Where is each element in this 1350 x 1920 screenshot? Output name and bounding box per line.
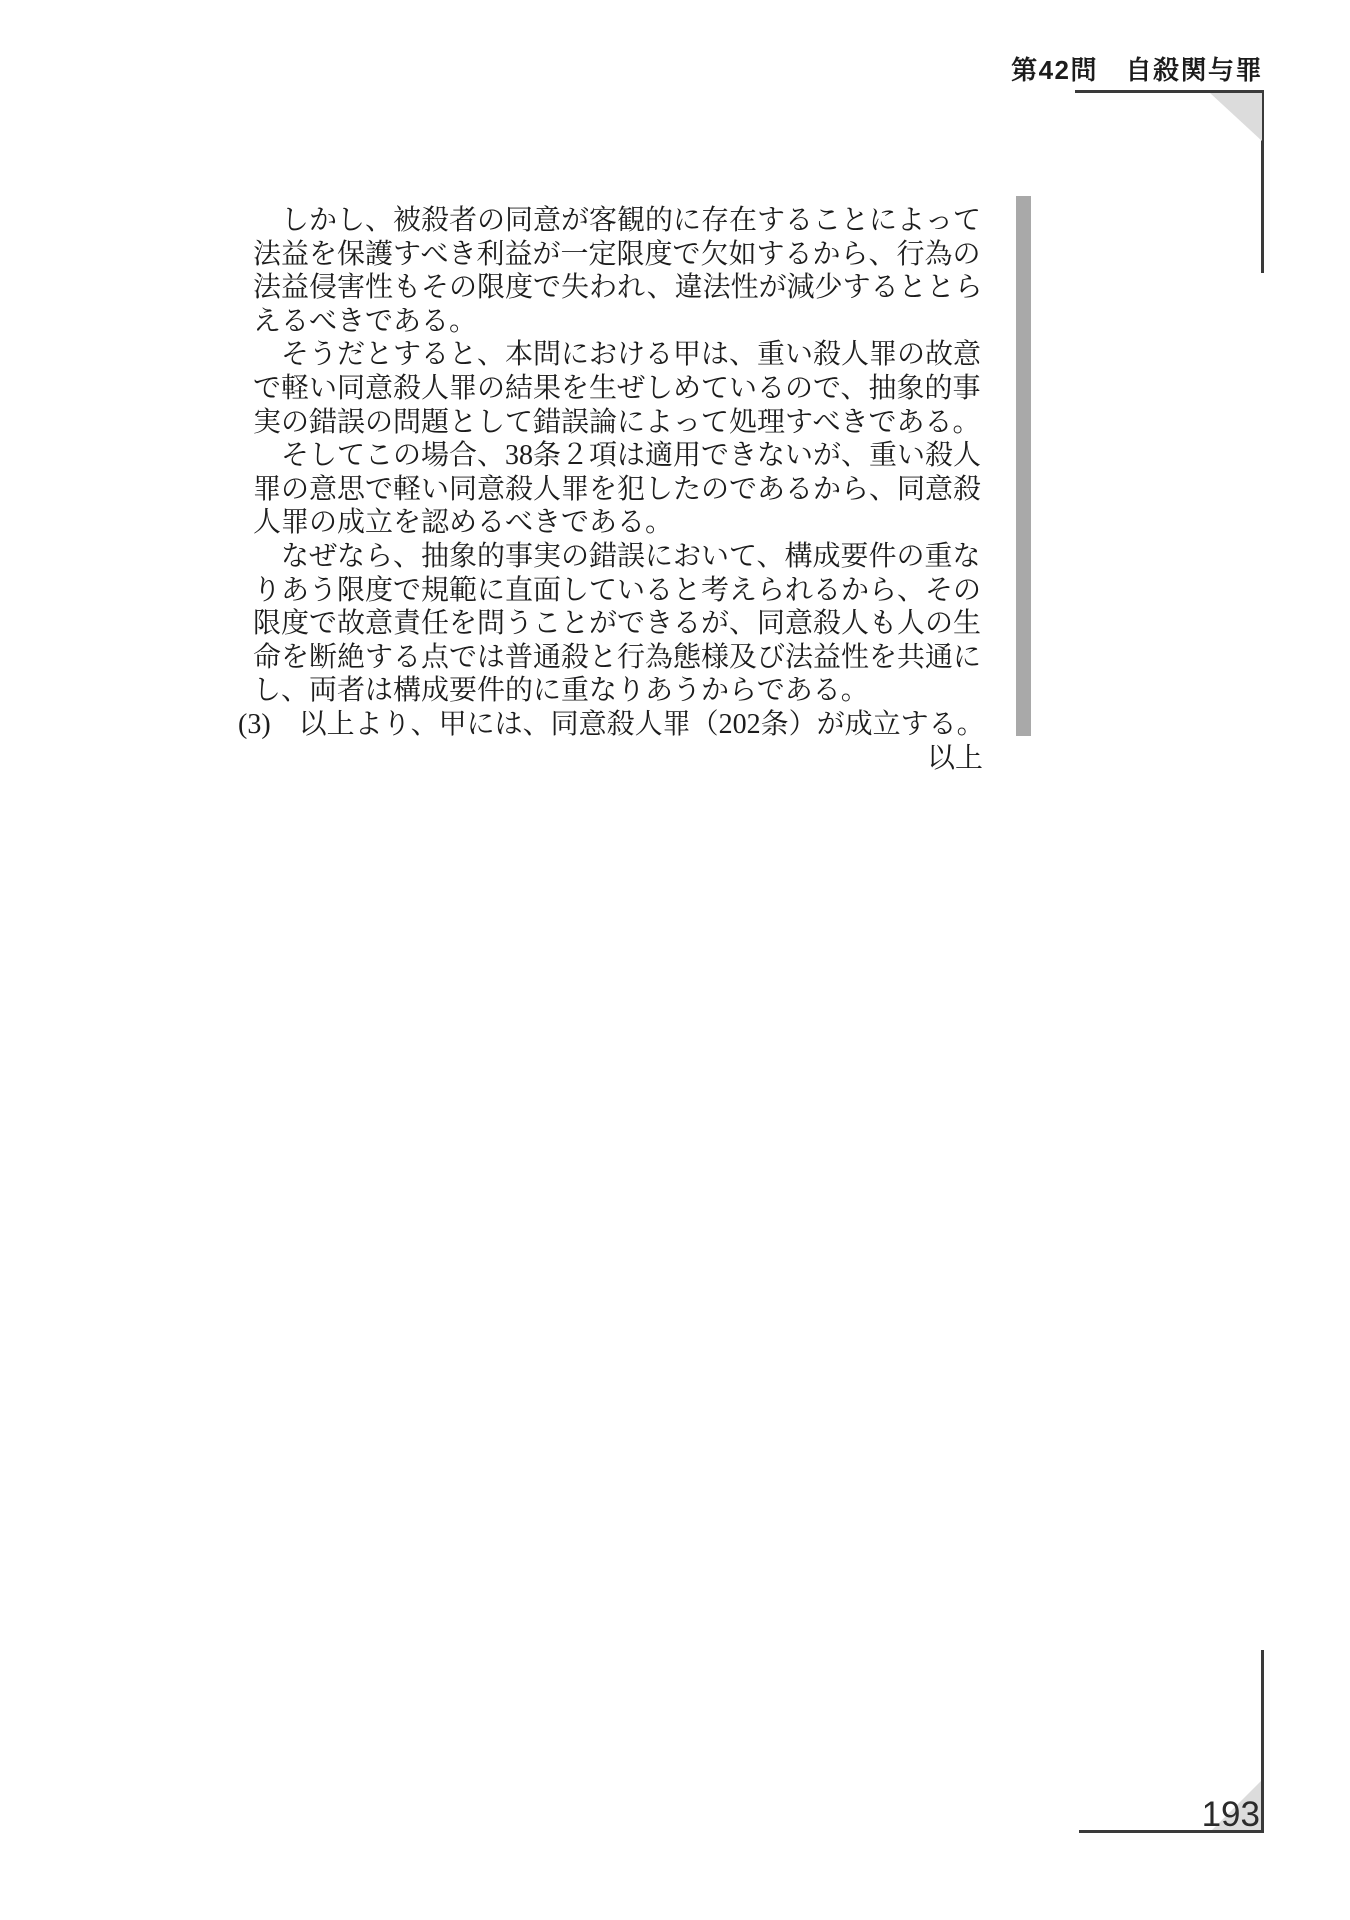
body-text-line: し、両者は構成要件的に重なりあうからである。 <box>253 674 983 708</box>
answer-text-block: しかし、被殺者の同意が客観的に存在することによって法益を保護すべき利益が一定限度… <box>253 204 983 775</box>
body-text-line: えるべきである。 <box>253 305 983 339</box>
body-text-line: 法益侵害性もその限度で失われ、違法性が減少するととら <box>253 271 983 305</box>
body-text-line: 命を断絶する点では普通殺と行為態様及び法益性を共通に <box>253 641 983 675</box>
book-page: 第42問 自殺関与罪 しかし、被殺者の同意が客観的に存在することによって法益を保… <box>0 0 1350 1920</box>
body-text-line: で軽い同意殺人罪の結果を生ぜしめているので、抽象的事 <box>253 372 983 406</box>
body-text-line: しかし、被殺者の同意が客観的に存在することによって <box>253 204 983 238</box>
closing-line: 以上 <box>253 742 983 776</box>
passage-highlight-bar <box>1016 196 1031 736</box>
chapter-title: 第42問 自殺関与罪 <box>1011 50 1263 87</box>
bottom-corner-rule-vertical <box>1261 1650 1264 1833</box>
body-text-line: そうだとすると、本問における甲は、重い殺人罪の故意 <box>253 338 983 372</box>
page-number: 193 <box>1202 1797 1260 1832</box>
body-text-line: 法益を保護すべき利益が一定限度で欠如するから、行為の <box>253 238 983 272</box>
body-text-line: 罪の意思で軽い同意殺人罪を犯したのであるから、同意殺 <box>253 473 983 507</box>
body-text-line: (3) 以上より、甲には、同意殺人罪（202条）が成立する。 <box>238 708 983 742</box>
body-text-line: 限度で故意責任を問うことができるが、同意殺人も人の生 <box>253 607 983 641</box>
body-text-line: 人罪の成立を認めるべきである。 <box>253 506 983 540</box>
body-text-line: そしてこの場合、38条２項は適用できないが、重い殺人 <box>253 439 983 473</box>
body-text-lines: しかし、被殺者の同意が客観的に存在することによって法益を保護すべき利益が一定限度… <box>253 204 983 742</box>
body-text-line: なぜなら、抽象的事実の錯誤において、構成要件の重な <box>253 540 983 574</box>
top-corner-fold-triangle <box>1210 93 1262 141</box>
body-text-line: りあう限度で規範に直面していると考えられるから、その <box>253 574 983 608</box>
body-text-line: 実の錯誤の問題として錯誤論によって処理すべきである。 <box>253 406 983 440</box>
